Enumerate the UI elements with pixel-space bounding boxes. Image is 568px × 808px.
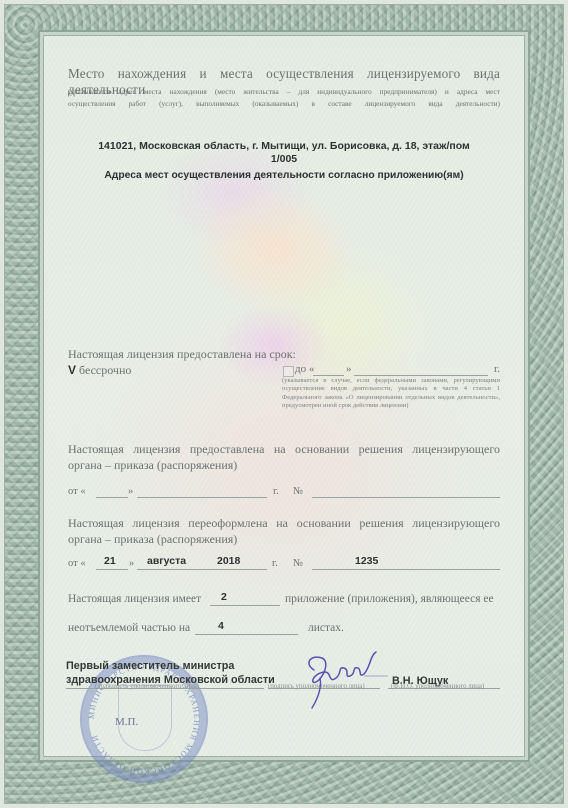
reissued-number-line [312, 569, 500, 570]
handwritten-signature-icon [300, 648, 390, 710]
stamp-place-label: М.П. [115, 716, 138, 728]
reissued-month-year-line [137, 569, 267, 570]
granted-from-prefix: от « [68, 486, 86, 497]
granted-text-line1: Настоящая лицензия предоставлена на осно… [68, 442, 500, 457]
granted-number-field[interactable] [312, 497, 500, 498]
granted-year-suffix: г. [273, 486, 279, 497]
reissued-number-label: № [293, 558, 303, 569]
reissued-from-prefix: от « [68, 558, 86, 569]
position-caption: (должность уполномоченного лица) [95, 683, 199, 690]
reissued-text-line2: органа – приказа (распоряжения) [68, 532, 237, 547]
address-line2: 1/005 [60, 153, 508, 166]
until-mid: » [346, 363, 352, 375]
section-subtitle-line2: осуществления работ (услуг), выполняемых… [68, 99, 500, 108]
until-date-field[interactable] [354, 375, 488, 376]
appendix-line1-prefix: Настоящая лицензия имеет [68, 593, 201, 605]
term-footnote: (указывается в случае, если федеральными… [282, 377, 500, 411]
reissued-month: августа [147, 555, 186, 567]
granted-from-mid: » [128, 486, 133, 497]
until-day-field[interactable] [313, 375, 344, 376]
reissued-year-suffix: г. [272, 558, 278, 569]
reissued-day: 21 [104, 555, 116, 567]
license-page: Место нахождения и места осуществления л… [0, 0, 568, 808]
reissued-text-line1: Настоящая лицензия переоформлена на осно… [68, 516, 500, 531]
appendix-line1-suffix: приложение (приложения), являющееся ее [285, 593, 494, 605]
granted-number-label: № [293, 486, 303, 497]
reissued-year: 2018 [217, 555, 240, 567]
reissued-from-mid: » [129, 558, 134, 569]
granted-day-field[interactable] [96, 497, 128, 498]
appendix-count-line [210, 605, 280, 606]
activity-places-note: Адреса мест осуществления деятельности с… [60, 170, 508, 181]
appendix-sheets: 4 [218, 620, 224, 632]
reissued-number: 1235 [355, 555, 378, 567]
appendix-line2-prefix: неотъемлемой частью на [68, 622, 190, 634]
appendix-count: 2 [221, 591, 227, 603]
section-subtitle-line1: (указываются адрес места нахождения (мес… [68, 87, 500, 96]
reissued-day-line [96, 569, 128, 570]
appendix-line2-suffix: листах. [308, 622, 344, 634]
address-line1: 141021, Московская область, г. Мытищи, у… [60, 140, 508, 153]
granted-month-year-field[interactable] [137, 497, 267, 498]
granted-text-line2: органа – приказа (распоряжения) [68, 458, 237, 473]
name-caption: (Ф.И.О. уполномоченного лица) [391, 683, 484, 690]
unlimited-checkbox-mark[interactable]: V [68, 363, 76, 377]
until-checkbox[interactable] [283, 366, 294, 377]
until-year-suffix: г. [494, 363, 500, 375]
until-prefix: до « [295, 363, 314, 375]
term-label: Настоящая лицензия предоставлена на срок… [68, 347, 296, 362]
signatory-position-line1: Первый заместитель министра [66, 660, 234, 672]
unlimited-label: бессрочно [79, 363, 131, 378]
appendix-sheets-line [195, 634, 298, 635]
